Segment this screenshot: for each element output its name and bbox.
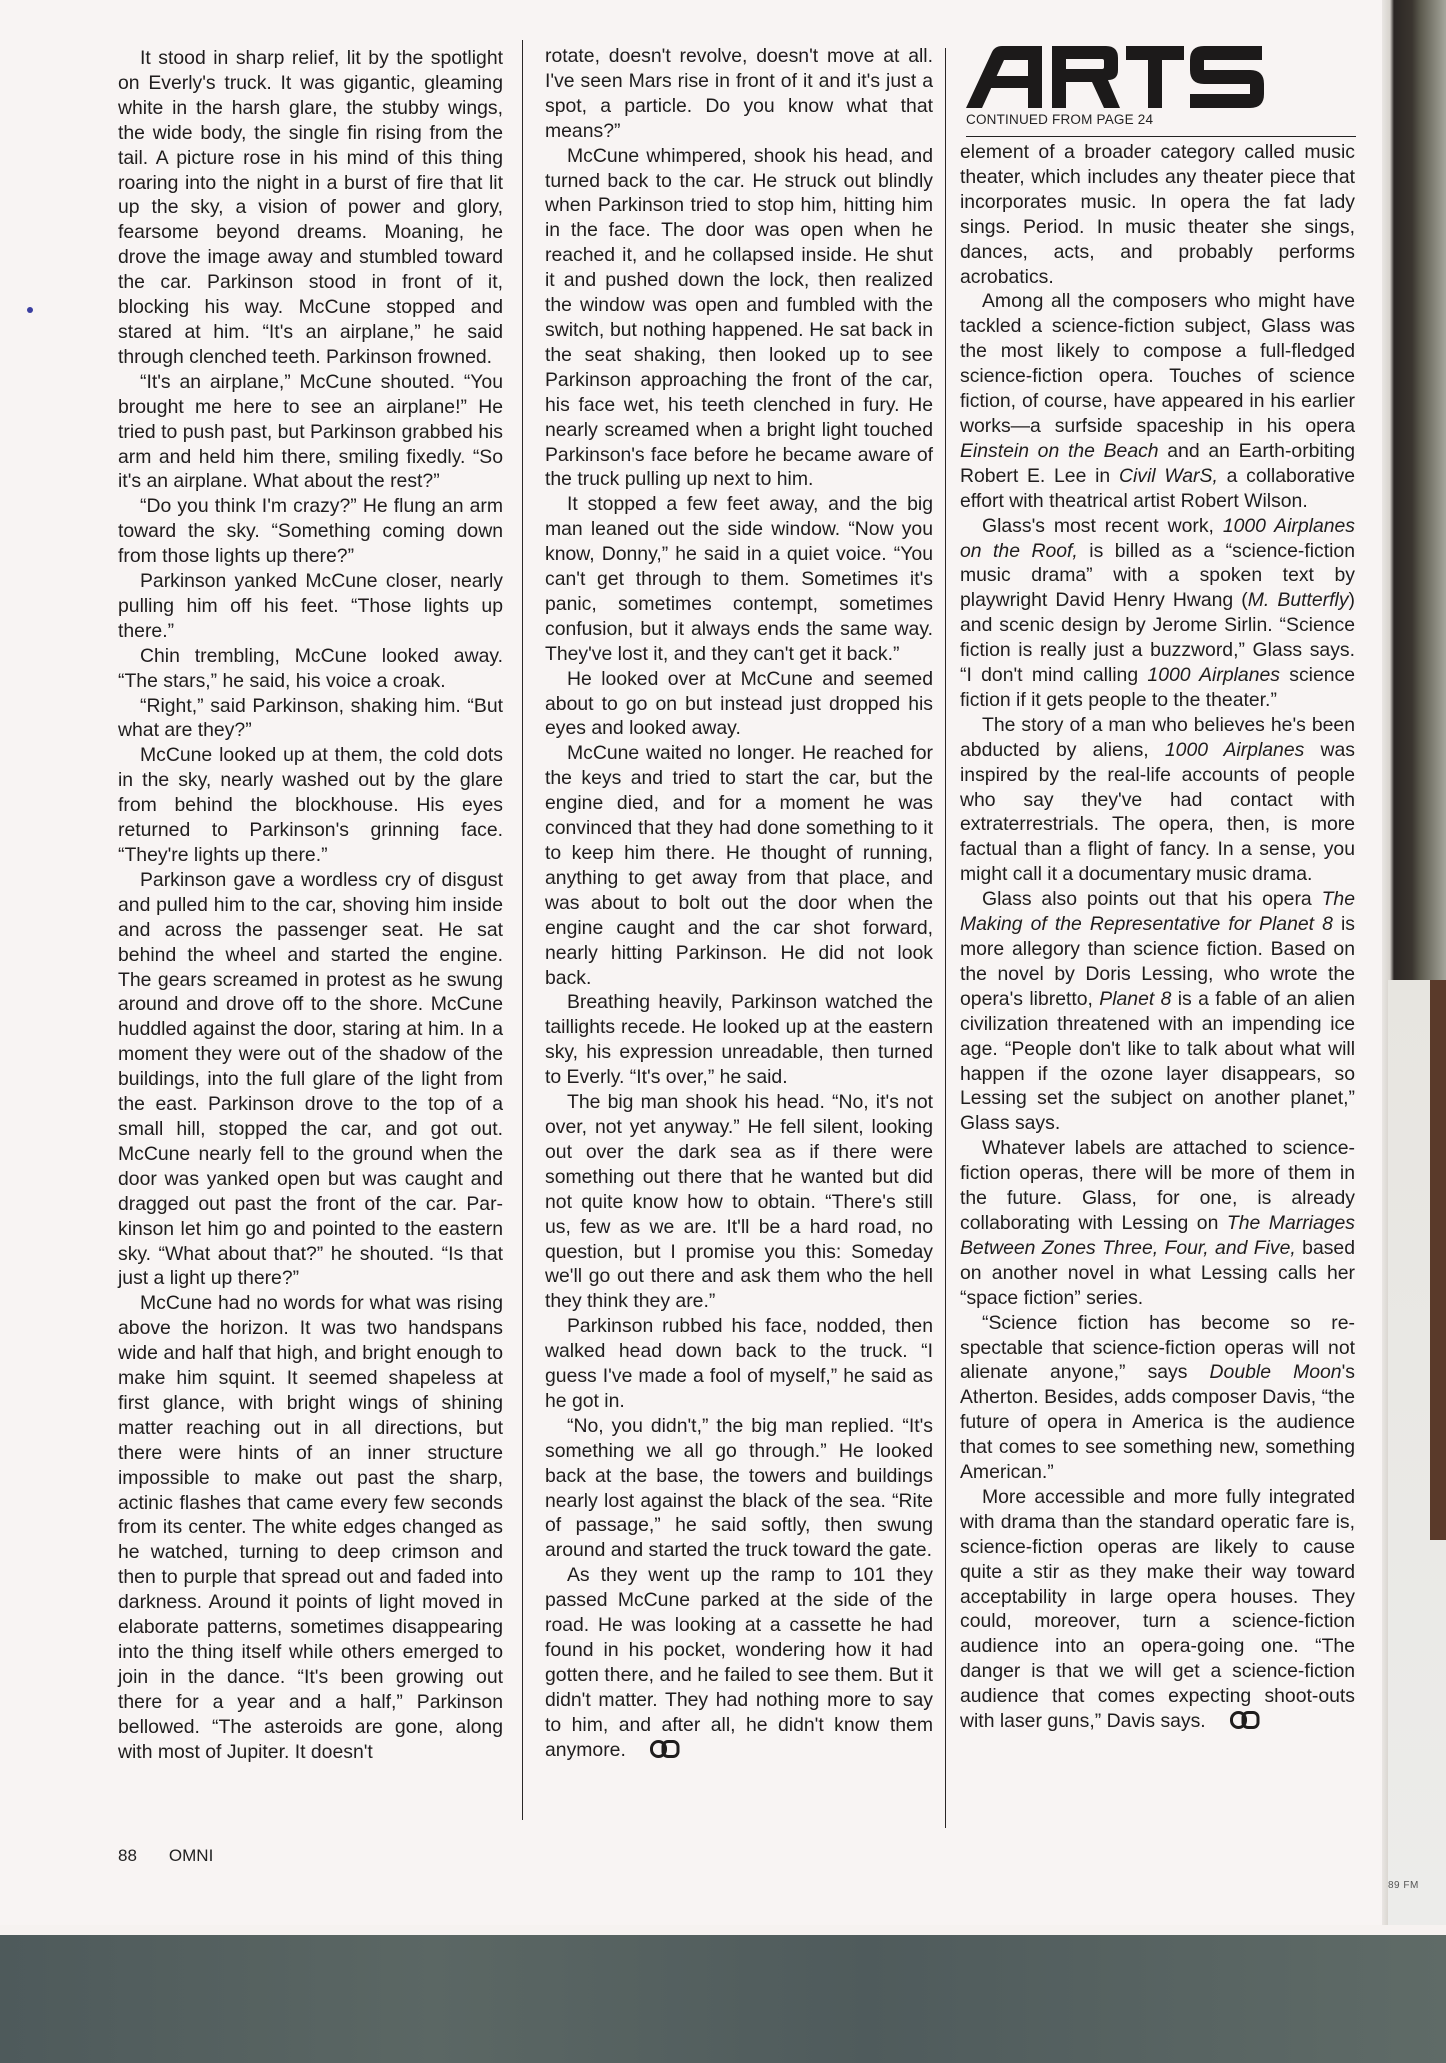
header-rule (966, 136, 1356, 137)
paragraph: Among all the composers who might have t… (960, 289, 1355, 513)
paragraph: “Do you think I'm crazy?” He flung an ar… (118, 494, 503, 569)
paragraph: The big man shook his head. “No, it's no… (545, 1090, 933, 1314)
page-folio: 88OMNI (118, 1846, 213, 1866)
paragraph-final: More accessible and more fully inte­grat… (960, 1485, 1355, 1736)
facing-page-image-edge (1430, 980, 1446, 1540)
magazine-name: OMNI (169, 1846, 213, 1865)
paragraph: The story of a man who believes he's bee… (960, 713, 1355, 887)
paragraph: McCune waited no longer. He reached for … (545, 741, 933, 990)
column-divider (945, 48, 946, 1828)
omni-end-mark-icon (628, 1740, 680, 1765)
fiction-column-1: It stood in sharp relief, lit by the spo… (118, 46, 503, 1765)
omni-end-mark-icon (1208, 1711, 1260, 1736)
paragraph: “Science fiction has become so re­specta… (960, 1311, 1355, 1485)
final-text: More accessible and more fully inte­grat… (960, 1486, 1355, 1732)
paragraph: He looked over at McCune and seemed abou… (545, 667, 933, 742)
paragraph: It stopped a few feet away, and the big … (545, 492, 933, 666)
paragraph-final: As they went up the ramp to 101 they pas… (545, 1563, 933, 1764)
paragraph: Glass also points out that his opera The… (960, 887, 1355, 1136)
scanner-bed (0, 1935, 1446, 2063)
paragraph: McCune whimpered, shook his head, and tu… (545, 144, 933, 493)
paragraph: It stood in sharp relief, lit by the spo… (118, 46, 503, 370)
paragraph: “Right,” said Parkinson, shaking him. “B… (118, 694, 503, 744)
paragraph: McCune had no words for what was rising … (118, 1291, 503, 1764)
paragraph: Parkinson yanked McCune closer, nearly p… (118, 569, 503, 644)
paragraph: Glass's most recent work, 1000 Air­plane… (960, 514, 1355, 713)
ink-dot (27, 307, 33, 313)
facing-page-folio: 89 FM (1388, 1880, 1419, 1891)
paragraph: “It's an airplane,” McCune shouted. “You… (118, 370, 503, 495)
paragraph: “No, you didn't,” the big man replied. “… (545, 1414, 933, 1563)
paragraph: rotate, doesn't revolve, doesn't move at… (545, 44, 933, 144)
final-text: As they went up the ramp to 101 they pas… (545, 1564, 933, 1760)
paragraph: Breathing heavily, Parkinson watched the… (545, 990, 933, 1090)
paragraph: McCune looked up at them, the cold dots … (118, 743, 503, 868)
continued-from-label: CONTINUED FROM PAGE 24 (966, 112, 1153, 127)
paragraph: Parkinson rubbed his face, nodded, then … (545, 1314, 933, 1414)
arts-column: element of a broader category called mus… (960, 140, 1355, 1736)
paragraph: element of a broader category called mus… (960, 140, 1355, 289)
column-divider (522, 40, 523, 1820)
page-number: 88 (118, 1846, 137, 1865)
fiction-column-2: rotate, doesn't revolve, doesn't move at… (545, 44, 933, 1765)
paragraph: Parkinson gave a wordless cry of dis­gus… (118, 868, 503, 1291)
arts-section-logo (966, 46, 1266, 108)
paragraph: Whatever labels are attached to sci­ence… (960, 1136, 1355, 1310)
paragraph: Chin trembling, McCune looked away. “The… (118, 644, 503, 694)
